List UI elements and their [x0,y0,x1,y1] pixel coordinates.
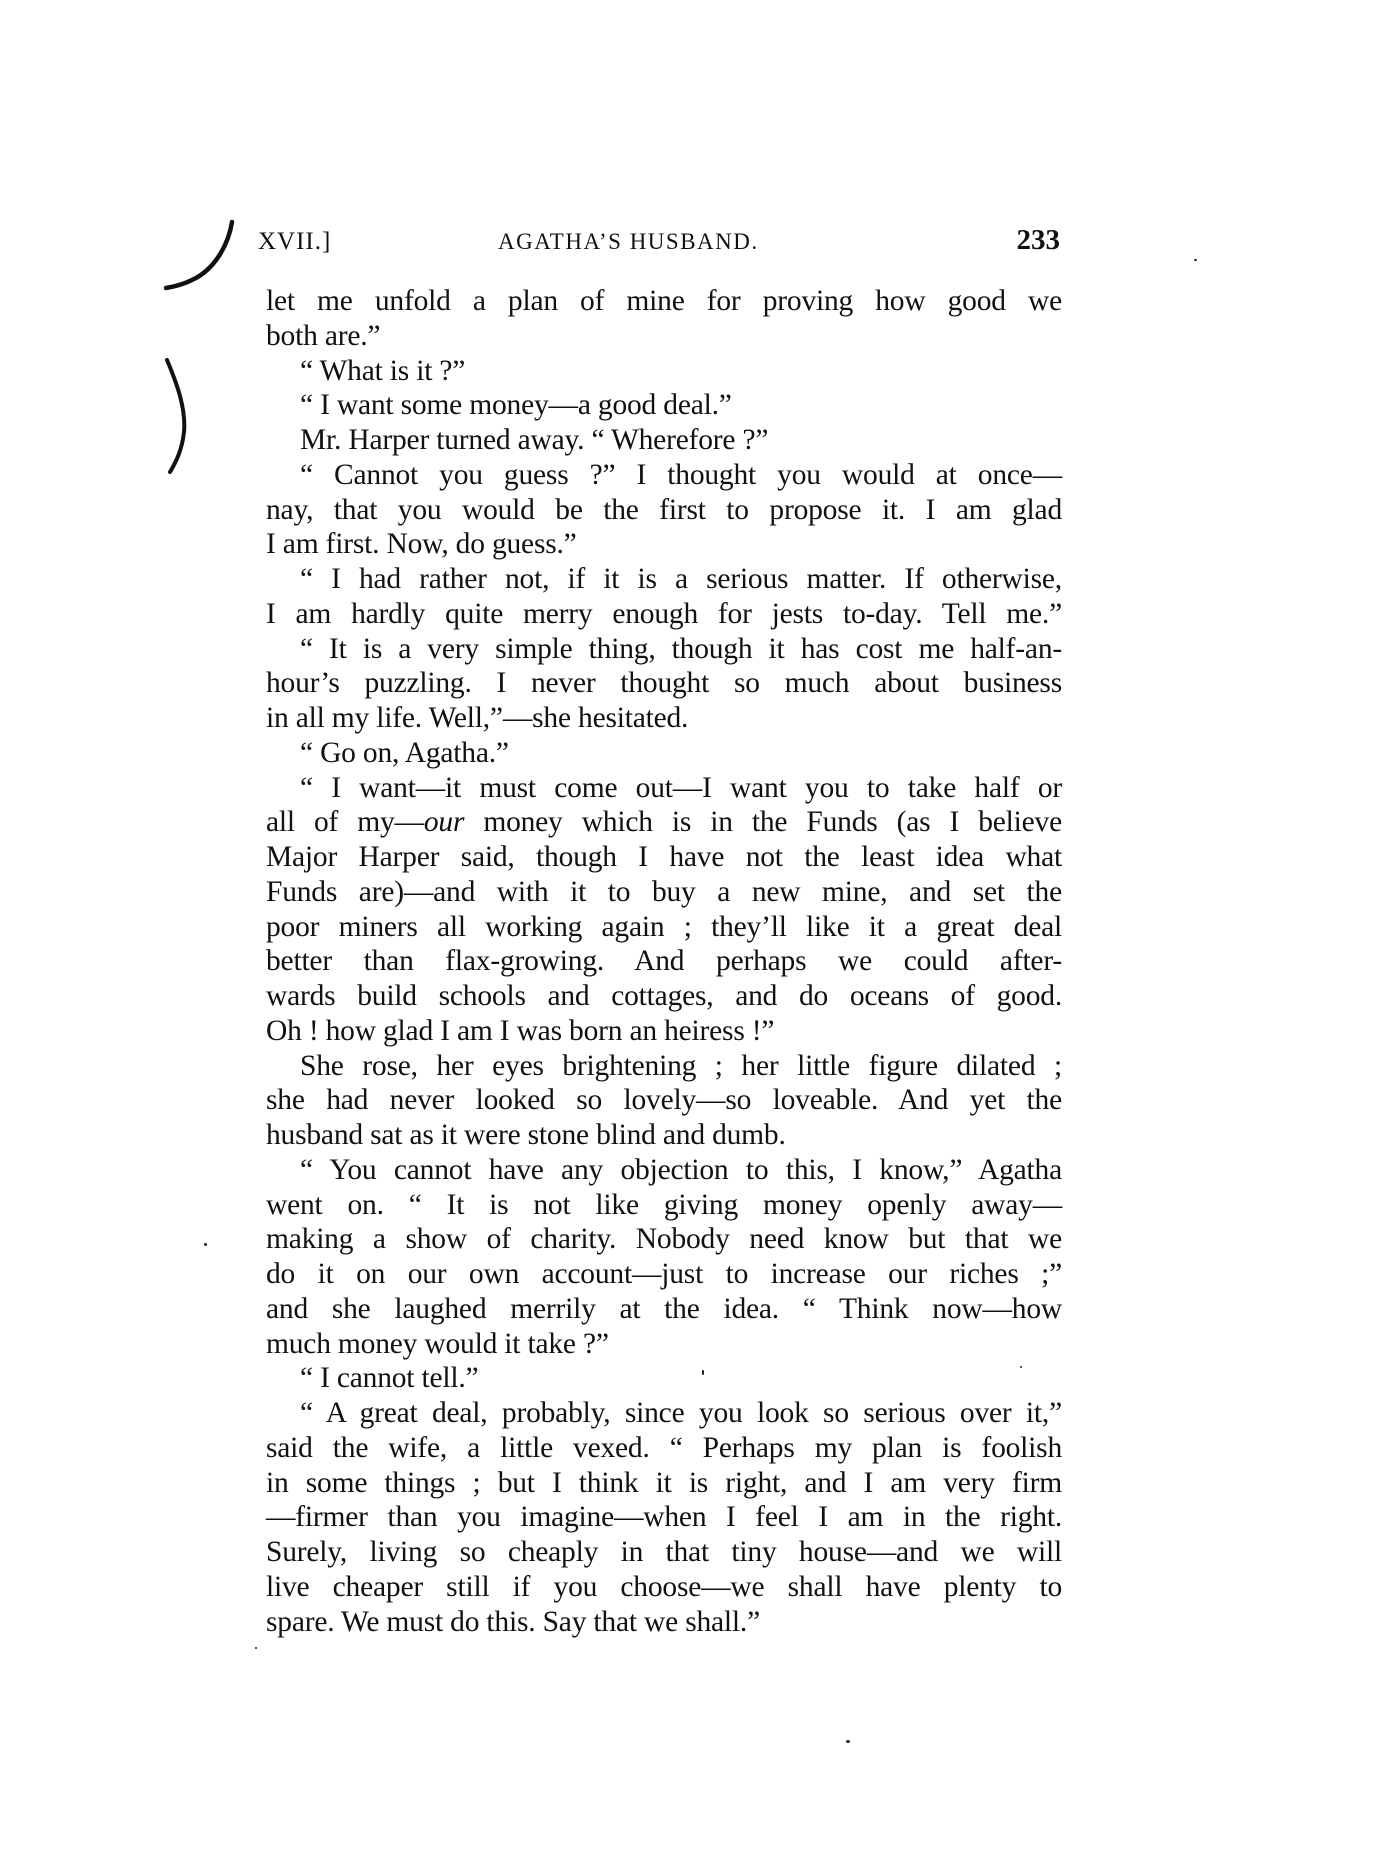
stray-dot [204,1243,207,1246]
text-line: do it on our own account—just to increas… [266,1257,1062,1292]
text-line: live cheaper still if you choose—we shal… [266,1570,1062,1605]
text-line: spare. We must do this. Say that we shal… [266,1605,1062,1640]
text-line: “ I had rather not, if it is a serious m… [266,562,1062,597]
text-line: much money would it take ?” [266,1327,1062,1362]
text-line: “ What is it ?” [266,354,1062,389]
text-line: all of my—our money which is in the Fund… [266,805,1062,840]
text-line: “ Cannot you guess ?” I thought you woul… [266,458,1062,493]
text-line: “ I want—it must come out—I want you to … [266,771,1062,806]
text-line: “ It is a very simple thing, though it h… [266,632,1062,667]
text-segment: money which is in the Funds (as I believ… [464,806,1062,838]
text-segment: all of my— [266,806,424,838]
text-line: “ I cannot tell.” [266,1361,1062,1396]
stray-dot [846,1740,850,1743]
text-line: husband sat as it were stone blind and d… [266,1118,1062,1153]
text-line: Funds are)—and with it to buy a new mine… [266,875,1062,910]
text-line: wards build schools and cottages, and do… [266,979,1062,1014]
text-line: She rose, her eyes brightening ; her lit… [266,1049,1062,1084]
stray-dot [1194,259,1197,261]
text-line: “ I want some money—a good deal.” [266,388,1062,423]
text-line: better than flax-growing. And perhaps we… [266,944,1062,979]
text-line: in all my life. Well,”—she hesitated. [266,701,1062,736]
page-number: 233 [1017,222,1061,258]
text-line: “ A great deal, probably, since you look… [266,1396,1062,1431]
text-line: I am hardly quite merry enough for jests… [266,597,1062,632]
text-line: poor miners all working again ; they’ll … [266,910,1062,945]
text-line: said the wife, a little vexed. “ Perhaps… [266,1431,1062,1466]
text-line: “ You cannot have any objection to this,… [266,1153,1062,1188]
text-line: in some things ; but I think it is right… [266,1466,1062,1501]
book-page: XVII.] AGATHA’S HUSBAND. 233 let me unfo… [0,0,1400,1850]
running-title: AGATHA’S HUSBAND. [498,224,759,260]
text-line: went on. “ It is not like giving money o… [266,1188,1062,1223]
text-line: let me unfold a plan of mine for proving… [266,284,1062,319]
text-line: Major Harper said, though I have not the… [266,840,1062,875]
margin-stroke-top-icon [166,222,232,288]
italic-emphasis: our [424,806,464,838]
text-line: she had never looked so lovely—so loveab… [266,1083,1062,1118]
text-line: both are.” [266,319,1062,354]
chapter-number: XVII.] [258,224,331,260]
text-line: and she laughed merrily at the idea. “ T… [266,1292,1062,1327]
text-line: —firmer than you imagine—when I feel I a… [266,1500,1062,1535]
text-line: “ Go on, Agatha.” [266,736,1062,771]
text-line: I am first. Now, do guess.” [266,527,1062,562]
margin-parenthesis-icon [167,360,184,472]
running-head: XVII.] AGATHA’S HUSBAND. 233 [258,224,1060,260]
stray-dot [255,1647,257,1649]
text-line: Surely, living so cheaply in that tiny h… [266,1535,1062,1570]
text-line: making a show of charity. Nobody need kn… [266,1222,1062,1257]
text-line: hour’s puzzling. I never thought so much… [266,666,1062,701]
text-line: Mr. Harper turned away. “ Wherefore ?” [266,423,1062,458]
text-line: Oh ! how glad I am I was born an heiress… [266,1014,1062,1049]
text-line: nay, that you would be the first to prop… [266,493,1062,528]
